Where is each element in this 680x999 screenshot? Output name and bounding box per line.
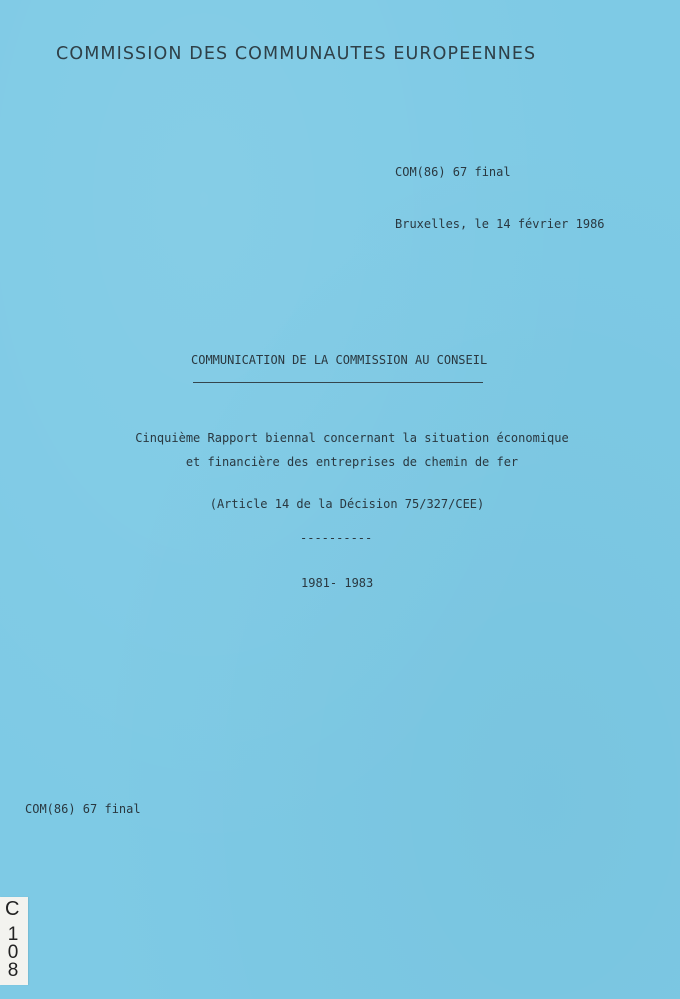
sticker-digits: 1 0 8: [6, 926, 20, 980]
subject-line-1: Cinquième Rapport biennal concernant la …: [0, 431, 680, 445]
document-reference-bottom: COM(86) 67 final: [25, 802, 141, 816]
subject-line-2-text: et financière des entreprises de chemin …: [186, 455, 518, 469]
place-and-date: Bruxelles, le 14 février 1986: [395, 217, 605, 231]
sticker-letter: C: [5, 899, 19, 919]
catalog-sticker: C 1 0 8: [0, 897, 28, 985]
report-period: 1981- 1983: [301, 576, 373, 590]
communication-title: COMMUNICATION DE LA COMMISSION AU CONSEI…: [191, 353, 487, 367]
document-cover: COMMISSION DES COMMUNAUTES EUROPEENNES C…: [0, 0, 680, 999]
institution-header: COMMISSION DES COMMUNAUTES EUROPEENNES: [56, 44, 616, 64]
article-reference: (Article 14 de la Décision 75/327/CEE): [0, 497, 680, 511]
sticker-digit: 8: [6, 962, 20, 980]
article-reference-text: (Article 14 de la Décision 75/327/CEE): [210, 497, 485, 511]
document-reference: COM(86) 67 final: [395, 165, 511, 179]
subject-line-2: et financière des entreprises de chemin …: [0, 455, 680, 469]
separator: ----------: [300, 531, 372, 545]
title-underline: [193, 382, 483, 383]
subject-line-1-text: Cinquième Rapport biennal concernant la …: [135, 431, 568, 445]
